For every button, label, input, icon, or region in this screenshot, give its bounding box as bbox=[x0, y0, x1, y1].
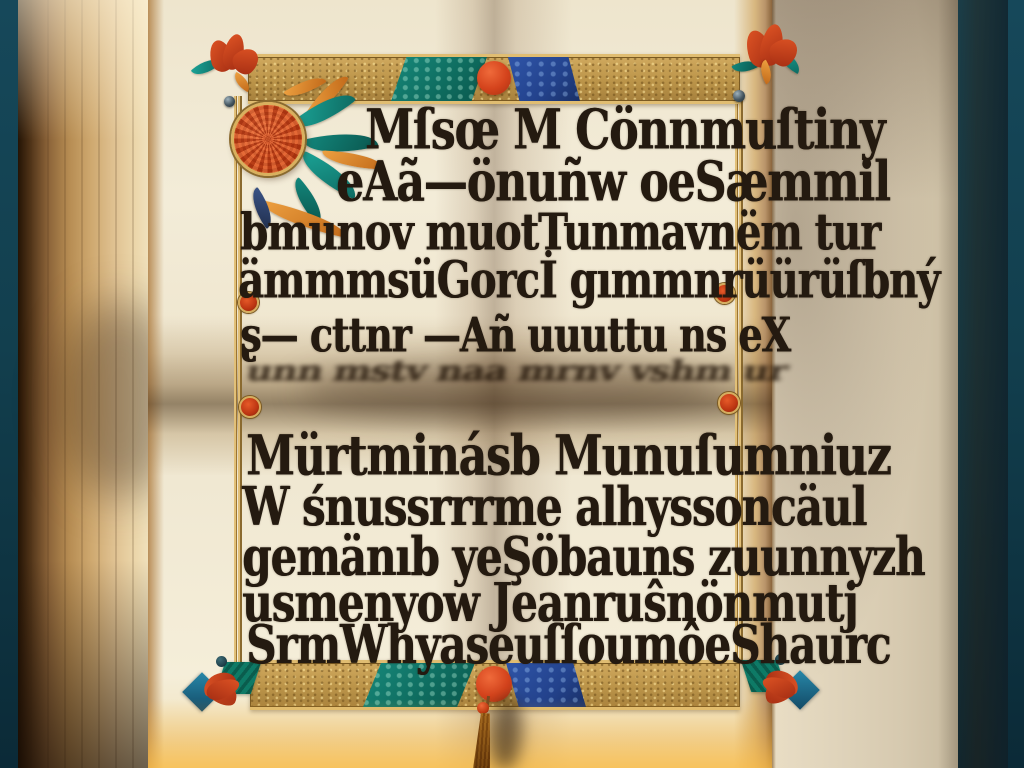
bottom-light-glow bbox=[148, 0, 772, 768]
page-edge-bottom-shadow bbox=[18, 560, 152, 768]
right-outer-shadow bbox=[938, 0, 1008, 768]
page-edge-top-highlight bbox=[18, 0, 152, 140]
manuscript-photo: Mſsœ M Cönnmuſtiny eAã—önuñw oeSæmmil bm… bbox=[0, 0, 1024, 768]
tassel-bead bbox=[477, 702, 489, 714]
